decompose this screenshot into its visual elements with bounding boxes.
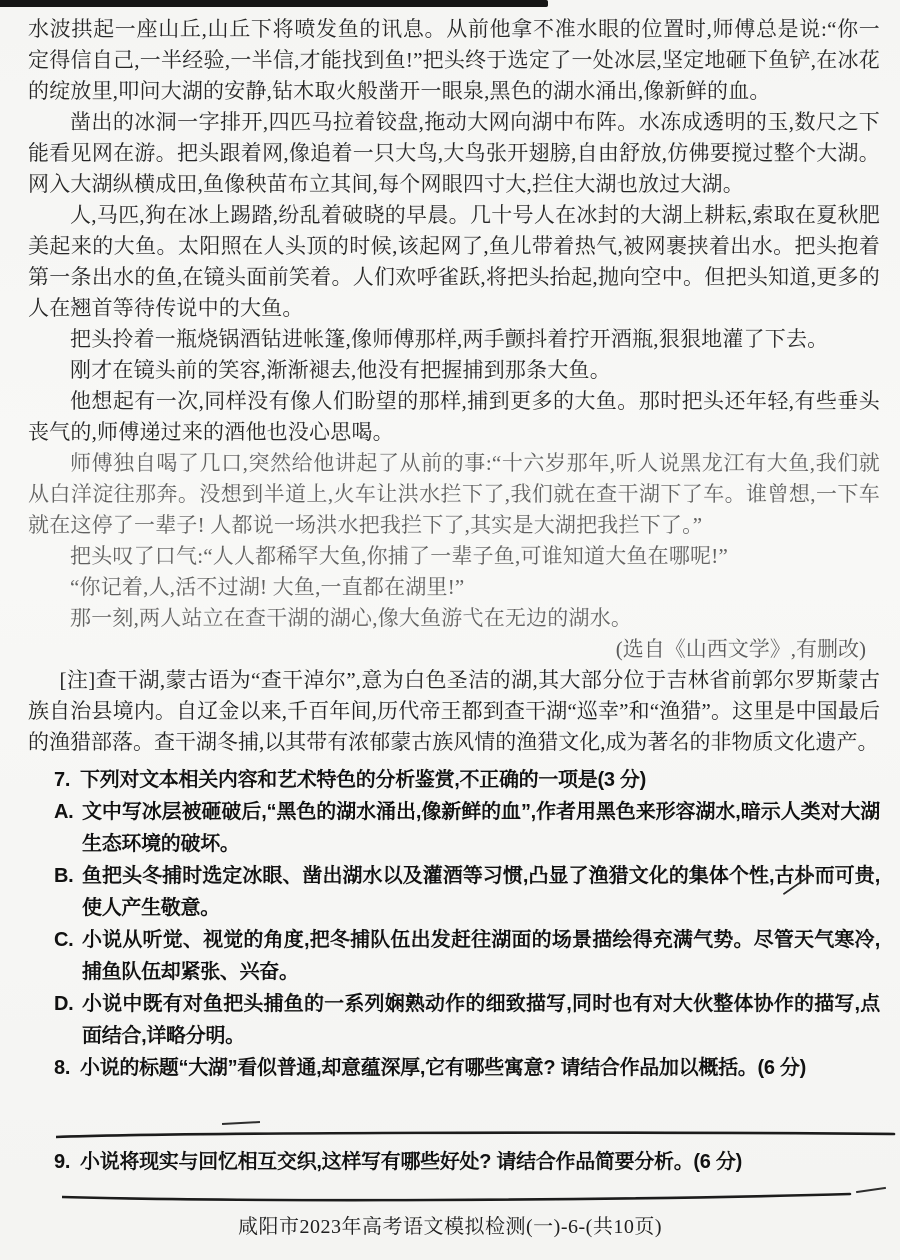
exam-page: 水波拱起一座山丘,山丘下将喷发鱼的讯息。从前他拿不准水眼的位置时,师傅总是说:“… xyxy=(0,0,900,1260)
passage-paragraph-4: 把头拎着一瓶烧锅酒钻进帐篷,像师傅那样,两手颤抖着拧开酒瓶,狠狠地灌了下去。 xyxy=(28,324,880,355)
scan-artifact-right-dash xyxy=(856,1187,886,1193)
option-a-label: A. xyxy=(54,796,82,860)
option-d-text: 小说中既有对鱼把头捕鱼的一系列娴熟动作的细致描写,同时也有对大伙整体协作的描写,… xyxy=(82,988,880,1052)
passage-paragraph-5: 刚才在镜头前的笑容,渐渐褪去,他没有把握捕到那条大鱼。 xyxy=(28,355,880,386)
passage-paragraph-10: 那一刻,两人站立在查干湖的湖心,像大鱼游弋在无边的湖水。 xyxy=(28,603,880,634)
passage-attribution: (选自《山西文学》,有删改) xyxy=(28,634,880,665)
option-b-label: B. xyxy=(54,860,82,924)
option-d-label: D. xyxy=(54,988,82,1052)
option-a-text: 文中写冰层被砸破后,“黑色的湖水涌出,像新鲜的血”,作者用黑色来形容湖水,暗示人… xyxy=(82,796,880,860)
passage-paragraph-6: 他想起有一次,同样没有像人们盼望的那样,捕到更多的大鱼。那时把头还年轻,有些垂头… xyxy=(28,386,880,448)
option-b-text: 鱼把头冬捕时选定冰眼、凿出湖水以及灌酒等习惯,凸显了渔猎文化的集体个性,古朴而可… xyxy=(82,860,880,924)
separator-line-bottom xyxy=(62,1192,852,1204)
question-7: 7. 下列对文本相关内容和艺术特色的分析鉴赏,不正确的一项是(3 分) xyxy=(54,764,880,796)
question-8-stem: 小说的标题“大湖”看似普通,却意蕴深厚,它有哪些寓意? 请结合作品加以概括。(6… xyxy=(80,1052,880,1084)
question-8-number: 8. xyxy=(54,1052,80,1084)
passage-paragraph-2: 凿出的冰洞一字排开,四匹马拉着铰盘,拖动大网向湖中布阵。水冻成透明的玉,数尺之下… xyxy=(28,107,880,200)
scan-artifact-top-bar xyxy=(0,0,548,7)
question-7-option-d: D. 小说中既有对鱼把头捕鱼的一系列娴熟动作的细致描写,同时也有对大伙整体协作的… xyxy=(54,988,880,1052)
option-c-text: 小说从听觉、视觉的角度,把冬捕队伍出发赶往湖面的场景描绘得充满气势。尽管天气寒冷… xyxy=(82,924,880,988)
question-7-option-c: C. 小说从听觉、视觉的角度,把冬捕队伍出发赶往湖面的场景描绘得充满气势。尽管天… xyxy=(54,924,880,988)
questions-section: 7. 下列对文本相关内容和艺术特色的分析鉴赏,不正确的一项是(3 分) A. 文… xyxy=(54,764,880,1084)
question-7-option-a: A. 文中写冰层被砸破后,“黑色的湖水涌出,像新鲜的血”,作者用黑色来形容湖水,… xyxy=(54,796,880,860)
question-9: 9. 小说将现实与回忆相互交织,这样写有哪些好处? 请结合作品简要分析。(6 分… xyxy=(54,1146,874,1178)
question-7-option-b: B. 鱼把头冬捕时选定冰眼、凿出湖水以及灌酒等习惯,凸显了渔猎文化的集体个性,古… xyxy=(54,860,880,924)
passage-paragraph-1: 水波拱起一座山丘,山丘下将喷发鱼的讯息。从前他拿不准水眼的位置时,师傅总是说:“… xyxy=(28,14,880,107)
passage-paragraph-8: 把头叹了口气:“人人都稀罕大鱼,你捕了一辈子鱼,可谁知道大鱼在哪呢!” xyxy=(28,541,880,572)
question-8: 8. 小说的标题“大湖”看似普通,却意蕴深厚,它有哪些寓意? 请结合作品加以概括… xyxy=(54,1052,880,1084)
page-footer: 咸阳市2023年高考语文模拟检测(一)-6-(共10页) xyxy=(0,1210,900,1239)
option-c-label: C. xyxy=(54,924,82,988)
passage-paragraph-7: 师傅独自喝了几口,突然给他讲起了从前的事:“十六岁那年,听人说黑龙江有大鱼,我们… xyxy=(28,448,880,541)
question-9-number: 9. xyxy=(54,1146,80,1178)
question-7-number: 7. xyxy=(54,764,80,796)
question-9-stem: 小说将现实与回忆相互交织,这样写有哪些好处? 请结合作品简要分析。(6 分) xyxy=(80,1146,874,1178)
question-7-stem: 下列对文本相关内容和艺术特色的分析鉴赏,不正确的一项是(3 分) xyxy=(80,764,880,796)
passage-paragraph-3: 人,马匹,狗在冰上踢踏,纷乱着破晓的早晨。几十号人在冰封的大湖上耕耘,索取在夏秋… xyxy=(28,200,880,324)
passage-paragraph-9: “你记着,人,活不过湖! 大鱼,一直都在湖里!” xyxy=(28,572,880,603)
separator-line-top xyxy=(56,1130,896,1140)
page-content: 水波拱起一座山丘,山丘下将喷发鱼的讯息。从前他拿不准水眼的位置时,师傅总是说:“… xyxy=(28,14,880,1130)
passage-note: [注]查干湖,蒙古语为“查干淖尔”,意为白色圣洁的湖,其大部分位于吉林省前郭尔罗… xyxy=(28,665,880,758)
